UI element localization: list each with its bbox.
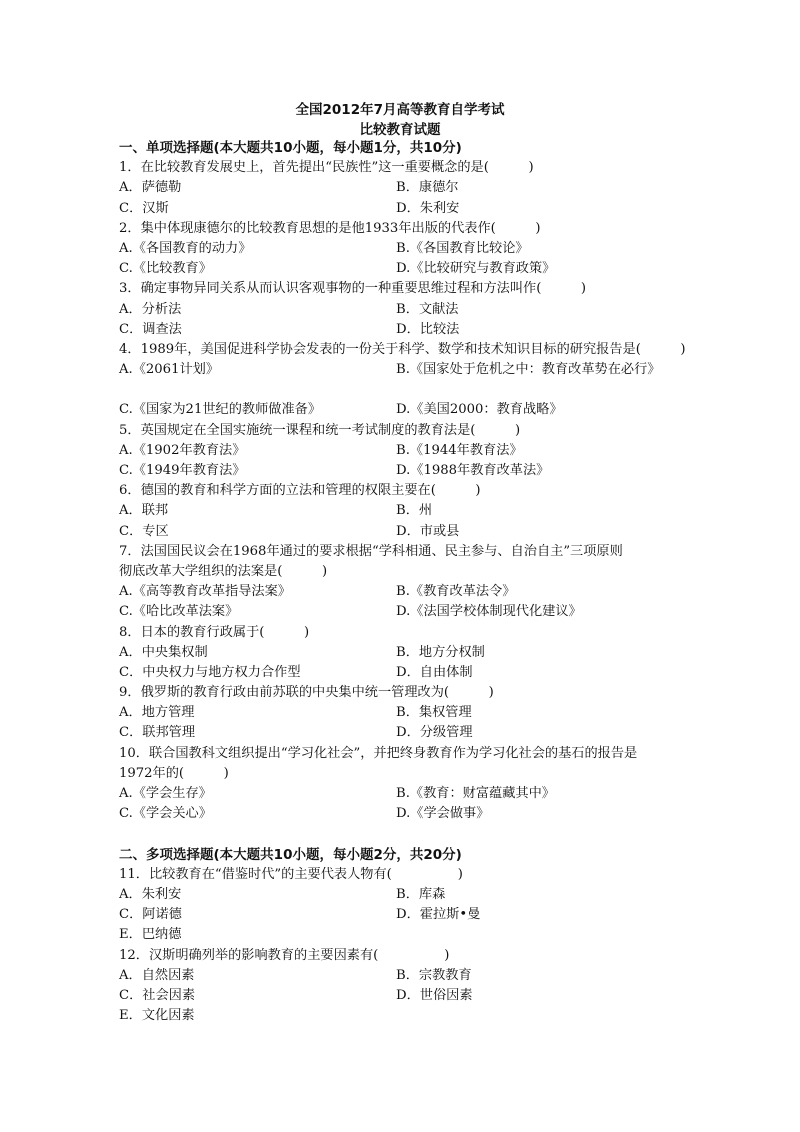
question-stem-continued: 彻底改革大学组织的法案是( ) [119, 562, 699, 582]
option-row: C．汉斯D．朱利安 [119, 199, 699, 219]
question-stem: 10．联合国教科文组织提出“学习化社会”，并把终身教育作为学习化社会的基石的报告… [119, 744, 699, 764]
section-heading: 二、多项选择题(本大题共10小题，每小题2分，共20分) [119, 845, 699, 865]
option-b: B．文献法 [396, 300, 673, 320]
option-row: A.《高等教育改革指导法案》B.《教育改革法令》 [119, 582, 699, 602]
option-b: B.《教育：财富蕴藏其中》 [396, 784, 673, 804]
question-stem: 11．比较教育在“借鉴时代”的主要代表人物有( ) [119, 865, 699, 885]
option-row: C．阿诺德D．霍拉斯•曼 [119, 905, 699, 925]
option-a: A．中央集权制 [119, 643, 396, 663]
option-a: A．地方管理 [119, 703, 396, 723]
option-d: D．霍拉斯•曼 [396, 905, 673, 925]
option-a: A.《高等教育改革指导法案》 [119, 582, 396, 602]
option-c: C．联邦管理 [119, 723, 396, 743]
option-row: C．中央权力与地方权力合作型D．自由体制 [119, 663, 699, 683]
option-c: C．调查法 [119, 320, 396, 340]
exam-subtitle: 比较教育试题 [0, 118, 800, 138]
option-b: B.《教育改革法令》 [396, 582, 673, 602]
option-a: A.《2061计划》 [119, 360, 396, 380]
option-b: B.《各国教育比较论》 [396, 239, 673, 259]
option-d: D．比较法 [396, 320, 673, 340]
option-c: C．汉斯 [119, 199, 396, 219]
option-a: A．自然因素 [119, 966, 396, 986]
option-row: A．中央集权制B．地方分权制 [119, 643, 699, 663]
option-row: C.《哈比改革法案》D.《法国学校体制现代化建议》 [119, 602, 699, 622]
option-row: A．自然因素B．宗教教育 [119, 966, 699, 986]
exam-page: 全国2012年7月高等教育自学考试 比较教育试题 一、单项选择题(本大题共10小… [0, 0, 800, 1132]
question-stem: 9．俄罗斯的教育行政由前苏联的中央集中统一管理改为( ) [119, 683, 699, 703]
option-c: C．社会因素 [119, 986, 396, 1006]
question-stem: 1．在比较教育发展史上，首先提出“民族性”这一重要概念的是( ) [119, 158, 699, 178]
question-stem: 5．英国规定在全国实施统一课程和统一考试制度的教育法是( ) [119, 421, 699, 441]
question-stem-continued: 1972年的( ) [119, 764, 699, 784]
question-stem: 8．日本的教育行政属于( ) [119, 623, 699, 643]
option-e: E．文化因素 [119, 1006, 396, 1026]
option-d: D．自由体制 [396, 663, 673, 683]
option-row: A.《学会生存》B.《教育：财富蕴藏其中》 [119, 784, 699, 804]
option-b: B．地方分权制 [396, 643, 673, 663]
question-stem: 4．1989年，美国促进科学协会发表的一份关于科学、数学和技术知识目标的研究报告… [119, 340, 699, 360]
option-d: D.《1988年教育改革法》 [396, 461, 673, 481]
option-b: B．康德尔 [396, 178, 673, 198]
option-d: D．朱利安 [396, 199, 673, 219]
option-row: C.《国家为21世纪的教师做准备》D.《美国2000：教育战略》 [119, 400, 699, 420]
option-row: A．分析法B．文献法 [119, 300, 699, 320]
option-row: C．社会因素D．世俗因素 [119, 986, 699, 1006]
option-row: A.《各国教育的动力》B.《各国教育比较论》 [119, 239, 699, 259]
option-a: A．朱利安 [119, 885, 396, 905]
exam-title: 全国2012年7月高等教育自学考试 [0, 98, 800, 118]
option-c: C.《国家为21世纪的教师做准备》 [119, 400, 396, 420]
option-row: A．地方管理B．集权管理 [119, 703, 699, 723]
option-row: E．文化因素 [119, 1006, 699, 1026]
option-d: D．世俗因素 [396, 986, 673, 1006]
option-row: C．调查法D．比较法 [119, 320, 699, 340]
option-b: B.《国家处于危机之中：教育改革势在必行》 [396, 360, 673, 380]
option-row: E．巴纳德 [119, 925, 699, 945]
question-stem: 6．德国的教育和科学方面的立法和管理的权限主要在( ) [119, 481, 699, 501]
option-row: A.《2061计划》B.《国家处于危机之中：教育改革势在必行》 [119, 360, 699, 380]
option-b: B．库森 [396, 885, 673, 905]
option-b: B．宗教教育 [396, 966, 673, 986]
option-row: C.《比较教育》D.《比较研究与教育政策》 [119, 259, 699, 279]
option-row: C．专区D．市或县 [119, 522, 699, 542]
option-row: C.《学会关心》D.《学会做事》 [119, 804, 699, 824]
option-d: D．市或县 [396, 522, 673, 542]
question-stem: 7．法国国民议会在1968年通过的要求根据“学科相通、民主参与、自治自主”三项原… [119, 542, 699, 562]
option-a: A.《学会生存》 [119, 784, 396, 804]
option-c: C.《比较教育》 [119, 259, 396, 279]
option-b: B．集权管理 [396, 703, 673, 723]
option-row: C.《1949年教育法》D.《1988年教育改革法》 [119, 461, 699, 481]
option-row: A.《1902年教育法》B.《1944年教育法》 [119, 441, 699, 461]
question-stem: 12．汉斯明确列举的影响教育的主要因素有( ) [119, 946, 699, 966]
option-d: D.《比较研究与教育政策》 [396, 259, 673, 279]
section-heading: 一、单项选择题(本大题共10小题，每小题1分，共10分) [119, 138, 699, 158]
option-c: C．专区 [119, 522, 396, 542]
option-c: C．阿诺德 [119, 905, 396, 925]
option-c: C.《学会关心》 [119, 804, 396, 824]
option-c: C．中央权力与地方权力合作型 [119, 663, 396, 683]
option-c: C.《哈比改革法案》 [119, 602, 396, 622]
option-a: A.《1902年教育法》 [119, 441, 396, 461]
option-a: A．联邦 [119, 501, 396, 521]
option-row: A．萨德勒B．康德尔 [119, 178, 699, 198]
option-row: A．朱利安B．库森 [119, 885, 699, 905]
blank-line [119, 380, 699, 400]
option-d: D.《学会做事》 [396, 804, 673, 824]
option-row: A．联邦B．州 [119, 501, 699, 521]
option-a: A．萨德勒 [119, 178, 396, 198]
option-d: D．分级管理 [396, 723, 673, 743]
option-b: B.《1944年教育法》 [396, 441, 673, 461]
option-a: A．分析法 [119, 300, 396, 320]
option-a: A.《各国教育的动力》 [119, 239, 396, 259]
option-b: B．州 [396, 501, 673, 521]
option-row: C．联邦管理D．分级管理 [119, 723, 699, 743]
option-e: E．巴纳德 [119, 925, 396, 945]
question-stem: 3．确定事物异同关系从而认识客观事物的一种重要思维过程和方法叫作( ) [119, 279, 699, 299]
option-d: D.《法国学校体制现代化建议》 [396, 602, 673, 622]
question-stem: 2．集中体现康德尔的比较教育思想的是他1933年出版的代表作( ) [119, 219, 699, 239]
option-d: D.《美国2000：教育战略》 [396, 400, 673, 420]
exam-content: 一、单项选择题(本大题共10小题，每小题1分，共10分) 1．在比较教育发展史上… [119, 138, 699, 1026]
option-c: C.《1949年教育法》 [119, 461, 396, 481]
blank-line [119, 824, 699, 844]
